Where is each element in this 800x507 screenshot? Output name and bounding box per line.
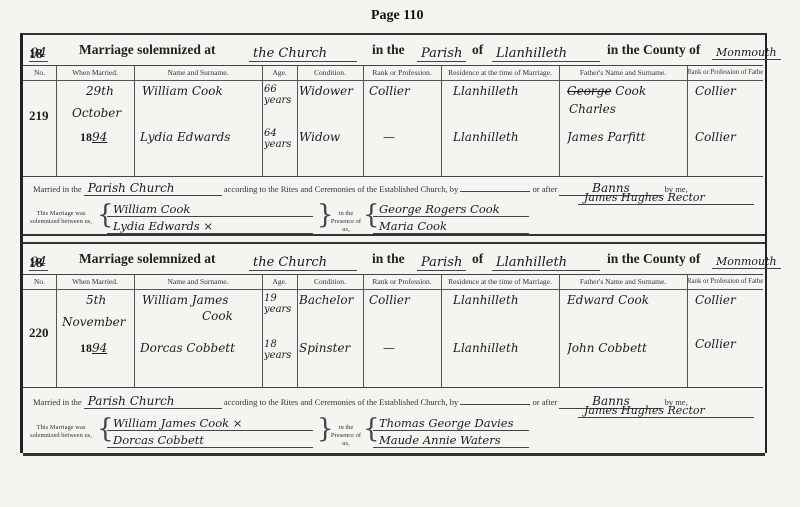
officiant-signature: James Hughes Rector [578,191,754,205]
groom-name: William Cook [142,84,260,98]
col-father-rank: Rank or Profession of Father. Collier Co… [687,66,763,176]
col-no: No. 220 [23,275,57,387]
married-in-place: Parish Church [84,181,222,196]
col-condition: Condition. Widower Widow [297,66,364,176]
entry-number: 219 [29,108,54,124]
by-license [460,191,530,192]
col-name: Name and Surname. William Cook Lydia Edw… [134,66,263,176]
bride-signature: Dorcas Cobbett [107,433,313,448]
bride-age: 64 years [264,128,295,150]
bride-condition: Spinster [299,341,361,355]
place: the Church [249,255,357,271]
county: Monmouth [712,46,781,60]
parish: Llanhilleth [492,46,600,62]
label-of: of [472,251,483,267]
label-marriage-solemnized: Marriage solemnized at [79,251,215,267]
col-when-married: When Married. 29th October 1894 [56,66,135,176]
groom-father-rank: Collier [695,84,761,98]
witness-1-signature: George Rogers Cook [373,202,529,217]
groom-father-name: Edward Cook [567,293,685,307]
bride-rank: — [383,130,439,144]
label-in-the: in the [372,251,405,267]
groom-father-correction: Charles [569,102,685,116]
col-residence: Residence at the time of Marriage. Llanh… [441,275,560,387]
marriage-month: October [72,106,132,120]
marriage-register: 1894 Marriage solemnized at the Church i… [20,33,767,453]
register-bottom-border [23,453,765,456]
col-father-name: Father's Name and Surname. George Cook C… [559,66,688,176]
groom-rank: Collier [369,84,439,98]
bride-father-rank: Collier [695,337,761,351]
bride-residence: Llanhilleth [453,130,557,144]
col-father-rank: Rank or Profession of Father. Collier Co… [687,275,763,387]
groom-condition: Bachelor [299,293,361,307]
bride-condition: Widow [299,130,361,144]
col-father-name: Father's Name and Surname. Edward Cook J… [559,275,688,387]
by-license [460,404,530,405]
entry-heading: 1894 Marriage solemnized at the Church i… [27,38,759,64]
col-age: Age. 66 years 64 years [262,66,298,176]
marriage-entry-220: 1894 Marriage solemnized at the Church i… [23,242,765,453]
label-this-marriage: This Marriage was solemnized between us, [27,210,95,226]
col-residence: Residence at the time of Marriage. Llanh… [441,66,560,176]
witness-2-signature: Maude Annie Waters [373,433,529,448]
label-this-marriage: This Marriage was solemnized between us, [27,424,95,440]
marriage-month: November [62,315,132,329]
page-title: Page 110 [371,8,424,24]
label-county: in the County of [607,42,700,58]
col-age: Age. 19 years 18 years [262,275,298,387]
col-condition: Condition. Bachelor Spinster [297,275,364,387]
label-in-the-presence: in the Presence of us, [329,424,363,448]
bride-father-name: John Cobbett [567,341,685,355]
year-suffix: 94 [29,255,48,271]
marriage-year: 94 [92,341,107,355]
marriage-year: 94 [92,130,107,144]
bride-father-rank: Collier [695,130,761,144]
col-rank: Rank or Profession. Collier — [363,66,442,176]
groom-residence: Llanhilleth [453,293,557,307]
entry-heading: 1894 Marriage solemnized at the Church i… [27,247,759,273]
year-suffix: 94 [29,46,48,62]
bride-father-name: James Parfitt [567,130,685,144]
place: the Church [249,46,357,62]
label-in-the-presence: in the Presence of us, [329,210,363,234]
col-rank: Rank or Profession. Collier — [363,275,442,387]
bride-rank: — [383,341,439,355]
col-name: Name and Surname. William James Cook Dor… [134,275,263,387]
parish-type: Parish [417,255,466,271]
groom-name-line2: Cook [202,309,260,323]
groom-rank: Collier [369,293,439,307]
bride-name: Lydia Edwards [140,130,260,144]
groom-father-rank: Collier [695,293,761,307]
bride-signature: Lydia Edwards × [107,219,313,234]
marriage-day: 29th [86,84,132,98]
officiant-signature: James Hughes Rector [578,404,754,418]
groom-father-name: George Cook [567,84,685,98]
bride-name: Dorcas Cobbett [140,341,260,355]
groom-age: 19 years [264,293,295,315]
county: Monmouth [712,255,781,269]
label-in-the: in the [372,42,405,58]
witness-2-signature: Maria Cook [373,219,529,234]
groom-condition: Widower [299,84,361,98]
col-when-married: When Married. 5th November 1894 [56,275,135,387]
entry-number: 220 [29,325,54,341]
entry-table: No. 219 When Married. 29th October 1894 … [23,65,763,177]
bride-age: 18 years [264,339,295,361]
label-county: in the County of [607,251,700,267]
bride-residence: Llanhilleth [453,341,557,355]
parish-type: Parish [417,46,466,62]
parish: Llanhilleth [492,255,600,271]
label-marriage-solemnized: Marriage solemnized at [79,42,215,58]
married-in-place: Parish Church [84,394,222,409]
label-of: of [472,42,483,58]
entry-table: No. 220 When Married. 5th November 1894 … [23,274,763,388]
groom-age: 66 years [264,84,295,106]
witness-1-signature: Thomas George Davies [373,416,529,431]
groom-signature: William James Cook × [107,416,313,431]
col-no: No. 219 [23,66,57,176]
groom-signature: William Cook [107,202,313,217]
marriage-entry-219: 1894 Marriage solemnized at the Church i… [23,35,765,235]
marriage-day: 5th [86,293,132,307]
groom-name-line1: William James [142,293,260,307]
groom-residence: Llanhilleth [453,84,557,98]
